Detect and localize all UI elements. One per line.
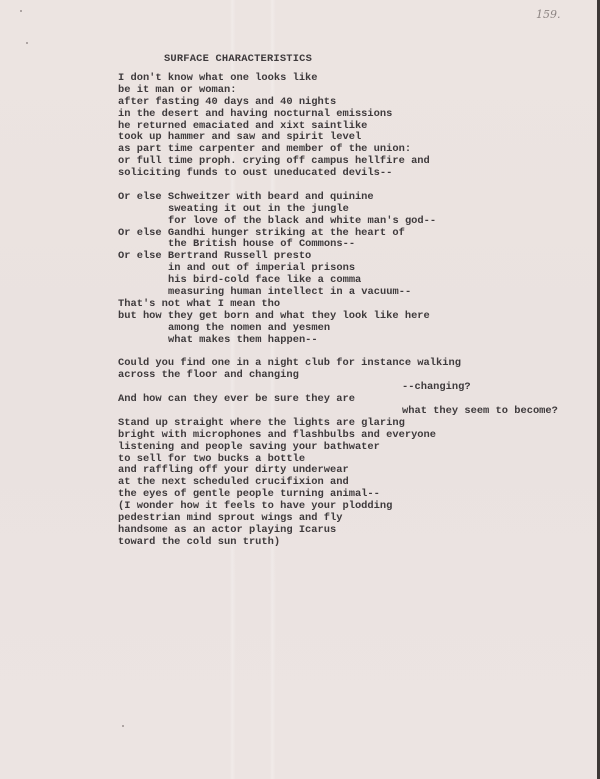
- poem-line: bright with microphones and flashbulbs a…: [118, 430, 558, 442]
- poem-line: toward the cold sun truth): [118, 537, 558, 549]
- paper-speck: [122, 725, 124, 727]
- poem-line: Stand up straight where the lights are g…: [118, 418, 558, 430]
- paper-speck: [20, 10, 22, 12]
- poem-line: among the nomen and yesmen: [118, 323, 558, 335]
- poem-line: Or else Schweitzer with beard and quinin…: [118, 192, 558, 204]
- poem-line: but how they get born and what they look…: [118, 311, 558, 323]
- poem-line: in the desert and having nocturnal emiss…: [118, 109, 558, 121]
- poem-line: for love of the black and white man's go…: [118, 216, 558, 228]
- poem-line: listening and people saving your bathwat…: [118, 442, 558, 454]
- poem-line: sweating it out in the jungle: [118, 204, 558, 216]
- poem-line: what makes them happen--: [118, 335, 558, 347]
- typescript-page: 159. SURFACE CHARACTERISTICS I don't kno…: [0, 0, 600, 779]
- page-number: 159.: [536, 8, 561, 21]
- poem-line: soliciting funds to oust uneducated devi…: [118, 168, 558, 180]
- poem-line: handsome as an actor playing Icarus: [118, 525, 558, 537]
- paper-speck: [26, 42, 28, 44]
- poem-line: be it man or woman:: [118, 85, 558, 97]
- poem-body: I don't know what one looks likebe it ma…: [118, 73, 558, 549]
- poem-line: across the floor and changing: [118, 370, 558, 382]
- poem-line: after fasting 40 days and 40 nights: [118, 97, 558, 109]
- poem-title: SURFACE CHARACTERISTICS: [164, 53, 312, 65]
